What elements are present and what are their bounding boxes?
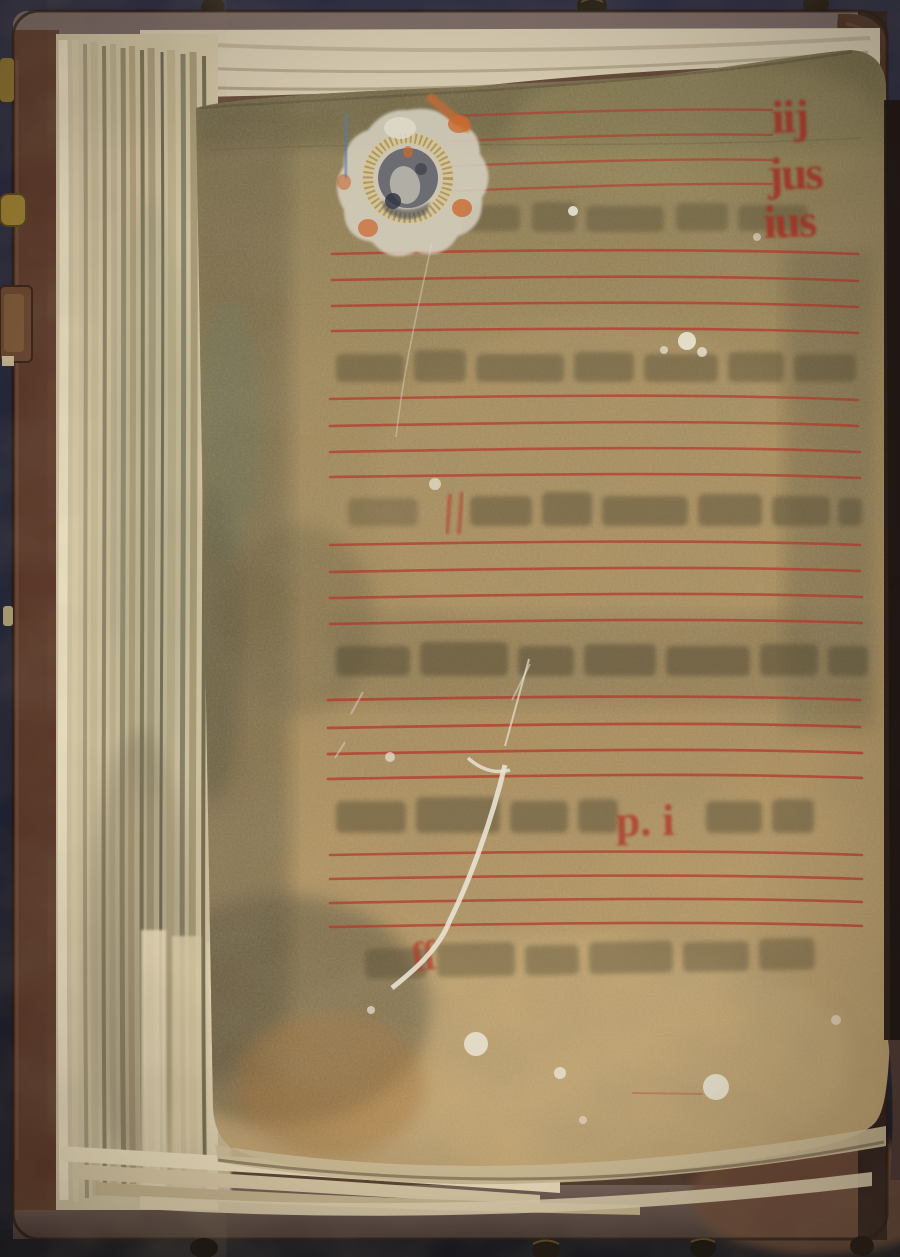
manuscript-photo-canvas: iij jus ius p. i ſſ	[0, 0, 900, 1257]
manuscript-photo: iij jus ius p. i ſſ	[0, 0, 900, 1257]
photo-vignette	[0, 0, 900, 1257]
